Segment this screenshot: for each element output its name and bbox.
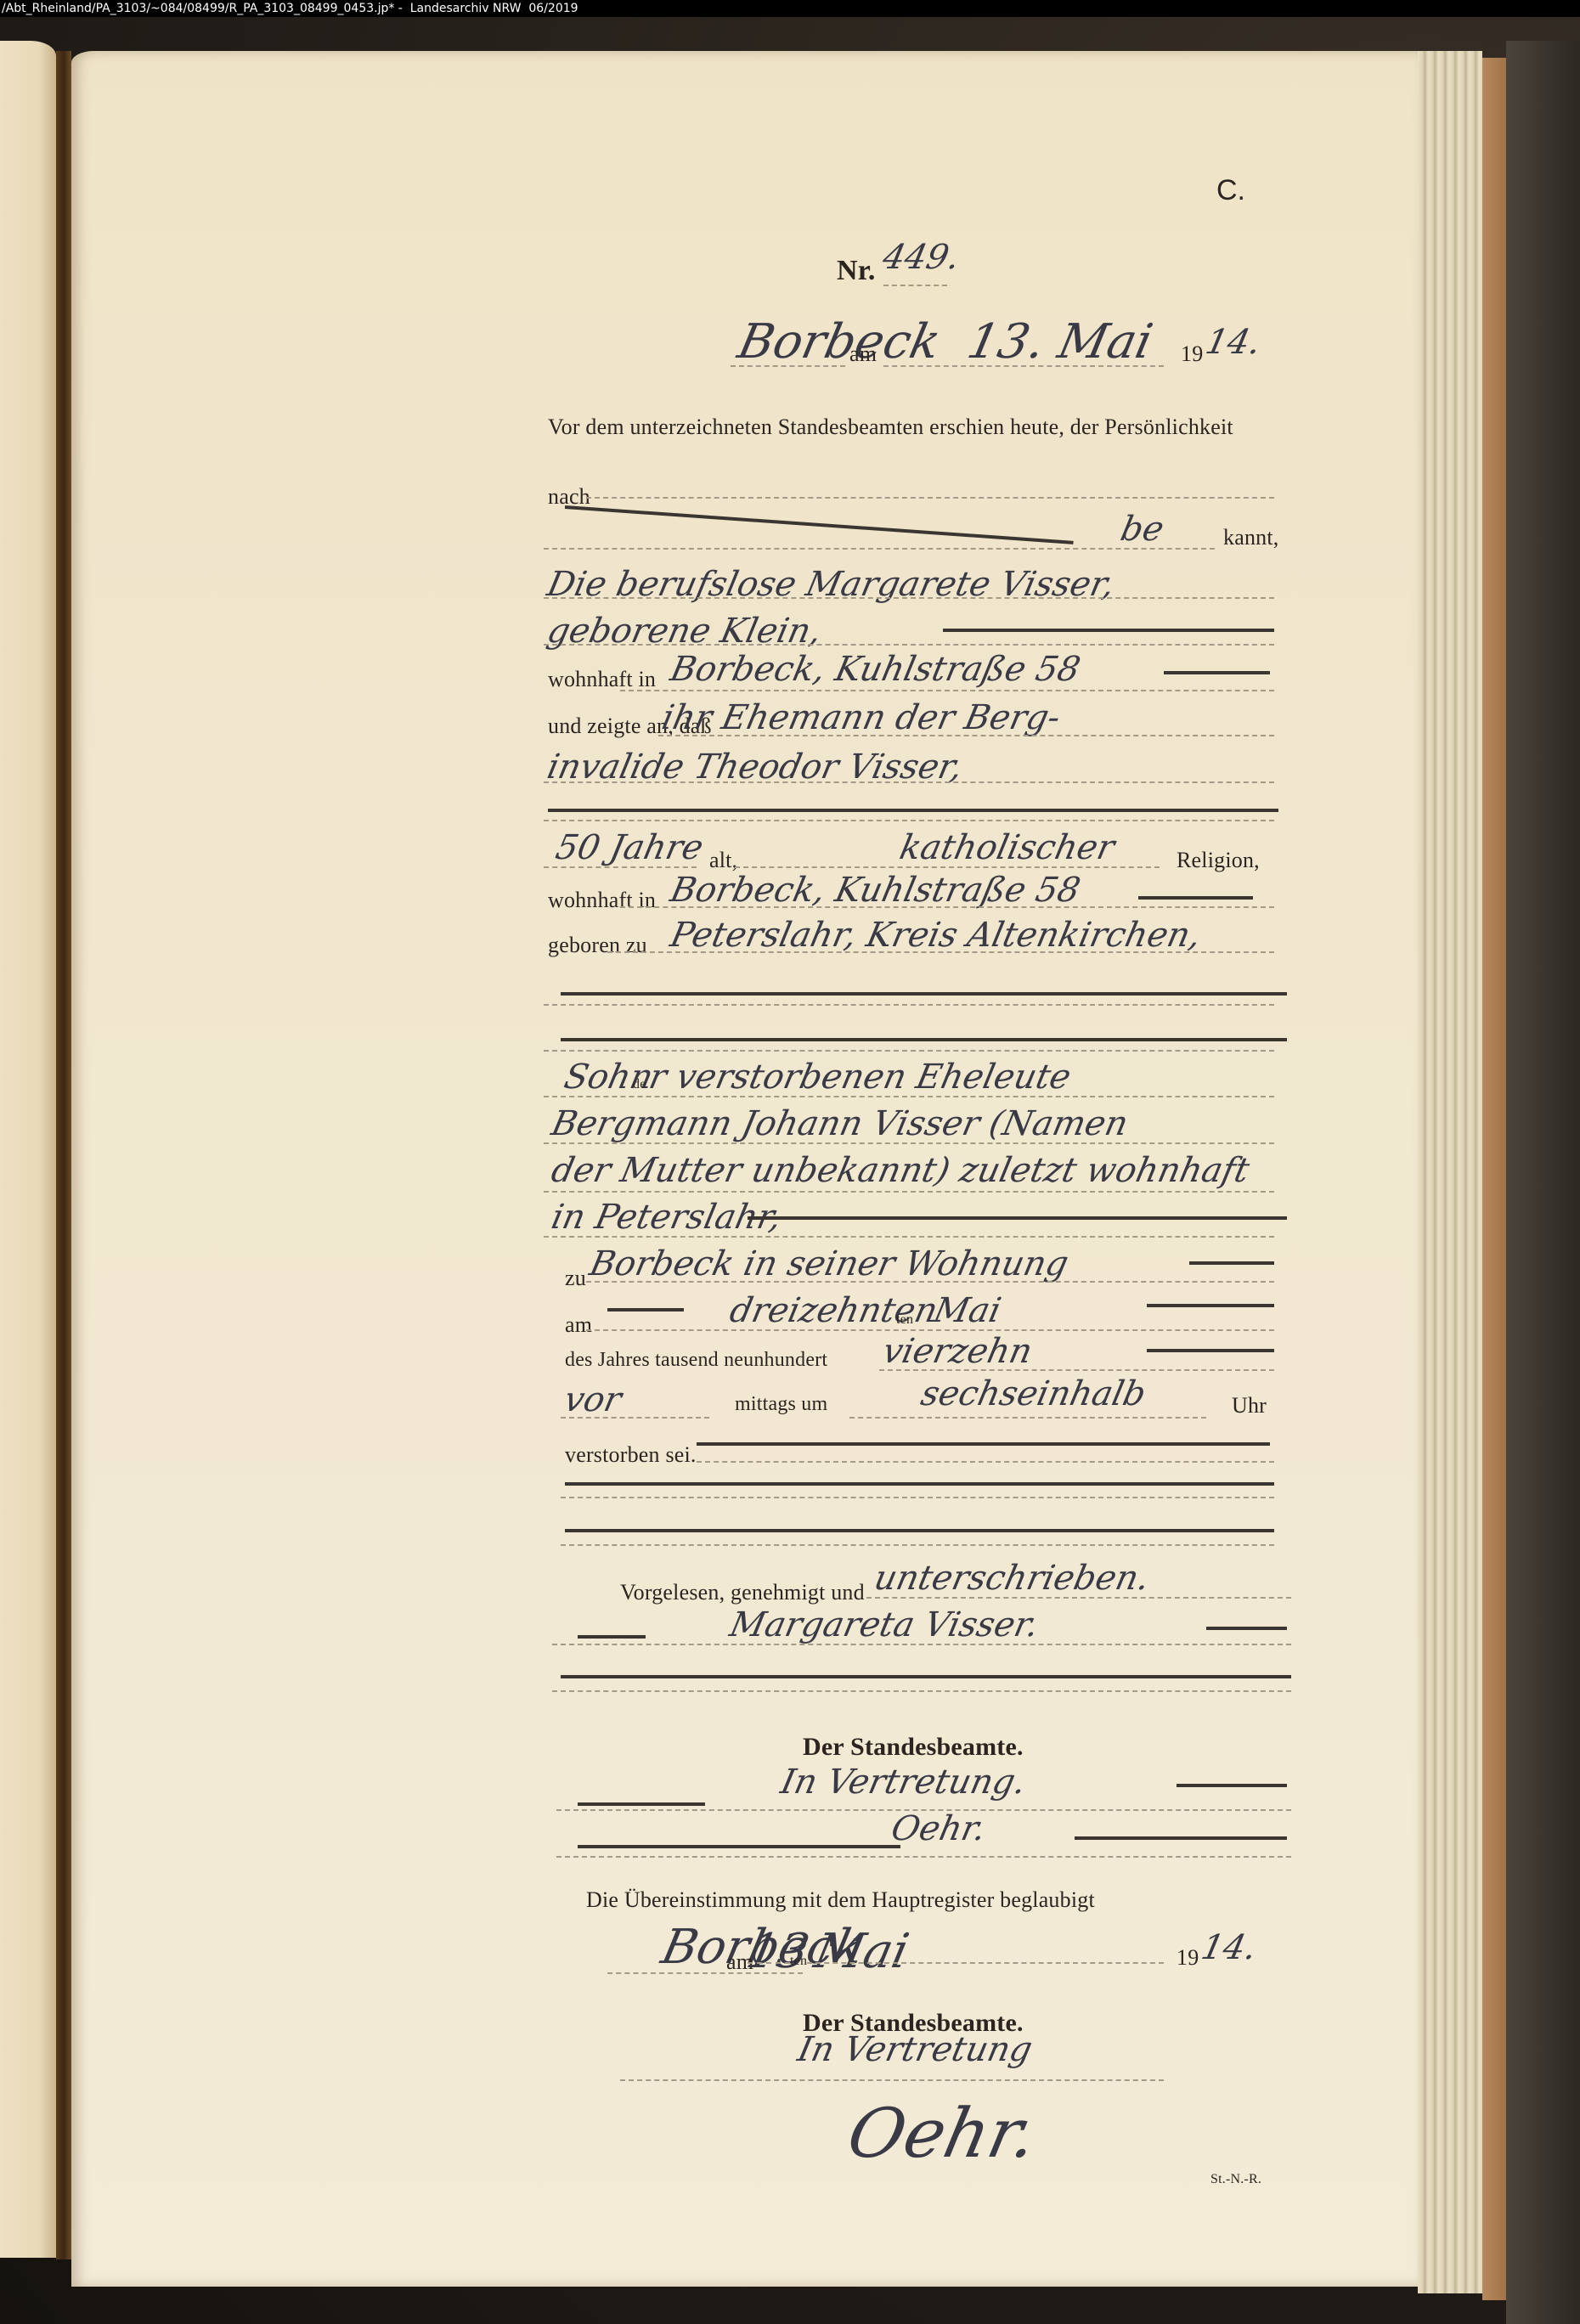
fill-line: [607, 1308, 684, 1311]
cert-ten-label: ten: [790, 1954, 807, 1969]
dotted-line: [735, 866, 1160, 868]
dotted-line: [552, 1644, 1291, 1645]
cert-day: 13: [742, 1924, 814, 1979]
vorgelesen-label: Vorgelesen, genehmigt und: [620, 1580, 865, 1605]
religion-label: Religion,: [1177, 848, 1260, 873]
dotted-line: [807, 1962, 1164, 1964]
cert-year-prefix: 19: [1177, 1945, 1199, 1971]
dotted-line: [544, 548, 1215, 550]
dotted-line: [607, 951, 1274, 953]
wohnhaft-label-2: wohnhaft in: [548, 888, 656, 913]
fill-line: [578, 1802, 705, 1806]
dotted-line: [620, 690, 1274, 691]
dotted-line: [849, 1417, 1206, 1419]
dotted-line: [544, 1004, 1274, 1006]
birthplace: Peterslahr, Kreis Altenkirchen,: [667, 916, 1205, 955]
dotted-line: [544, 1236, 1274, 1238]
dotted-line: [866, 1597, 1291, 1599]
record-number-label: Nr.: [837, 255, 876, 287]
deceased-residence: Borbeck, Kuhlstraße 58: [667, 871, 1084, 910]
dotted-line: [552, 1690, 1291, 1692]
bekannt-label: kannt,: [1223, 525, 1278, 550]
fill-line: [1206, 1627, 1287, 1630]
dotted-line: [561, 1544, 1274, 1546]
dotted-line: [544, 1142, 1274, 1144]
dotted-line: [620, 906, 1274, 908]
death-record-form: C. Nr. 449. Borbeck am 13. Mai 19 14. Vo…: [0, 0, 1580, 2324]
verstorben-label: verstorben sei.: [565, 1442, 697, 1468]
dotted-line: [544, 1096, 1274, 1097]
fill-line: [748, 1216, 1287, 1220]
death-time: sechseinhalb: [917, 1374, 1149, 1413]
fill-line: [1147, 1349, 1274, 1352]
deceased-line-1: ihr Ehemann der Berg-: [658, 698, 1064, 737]
strike-line: [565, 505, 1074, 544]
fill-line: [1147, 1304, 1274, 1307]
dotted-line: [544, 644, 1274, 646]
form-code: St.-N.-R.: [1210, 2172, 1261, 2187]
fill-line: [561, 992, 1287, 996]
informant-residence: Borbeck, Kuhlstraße 58: [667, 650, 1084, 689]
dotted-line: [544, 820, 1274, 821]
fill-line: [565, 1482, 1274, 1486]
dotted-line: [883, 365, 1164, 367]
year-prefix: 19: [1181, 341, 1203, 367]
dotted-line: [731, 365, 845, 367]
record-number: 449.: [879, 238, 963, 277]
official-signature: Oehr.: [888, 1809, 989, 1848]
vertretung-hand: In Vertretung.: [777, 1763, 1030, 1802]
dotted-line: [544, 597, 1274, 599]
wohnhaft-label: wohnhaft in: [548, 667, 656, 692]
age: 50 Jahre: [552, 828, 707, 867]
fill-line: [1075, 1836, 1287, 1840]
informant-signature: Margareta Visser.: [726, 1605, 1042, 1644]
dotted-line: [586, 1281, 1274, 1283]
dotted-line: [544, 866, 697, 868]
dotted-line: [586, 497, 1274, 499]
dotted-line: [879, 1369, 1274, 1371]
dotted-line: [556, 1856, 1291, 1858]
dotted-line: [620, 2079, 1164, 2081]
alt-label: alt,: [709, 848, 737, 873]
intro-text: Vor dem unterzeichneten Standesbeamten e…: [548, 415, 1233, 440]
parents-de-label: de: [633, 1077, 646, 1092]
dotted-line: [544, 1191, 1274, 1193]
fill-line: [943, 629, 1274, 632]
fill-line: [1189, 1261, 1274, 1265]
vertretung-hand-2: In Vertretung: [794, 2030, 1035, 2069]
parents-line-2: Bergmann Johann Visser (Namen: [548, 1104, 1131, 1143]
bekannt-hand: be: [1117, 510, 1167, 549]
cert-year-suffix: 14.: [1198, 1928, 1260, 1967]
dotted-line: [586, 1329, 1274, 1331]
dotted-line: [658, 735, 1274, 736]
corner-mark: C.: [1216, 174, 1245, 207]
am-label-2: am: [565, 1312, 592, 1338]
fill-line: [697, 1442, 1270, 1446]
dotted-line: [883, 285, 947, 286]
uhr-label: Uhr: [1232, 1393, 1267, 1419]
standesbeamte-label: Der Standesbeamte.: [803, 1733, 1024, 1762]
fill-line: [561, 1675, 1291, 1678]
vor-hand: vor: [561, 1380, 625, 1419]
record-date: 13. Mai: [962, 314, 1157, 369]
cert-month: Mai: [810, 1924, 913, 1979]
year-suffix: 14.: [1202, 323, 1264, 362]
dotted-line: [561, 1497, 1274, 1498]
fill-line: [548, 809, 1278, 812]
official-signature-2: Oehr.: [841, 2094, 1044, 2173]
dotted-line: [697, 1461, 1274, 1463]
record-place: Borbeck: [733, 314, 945, 369]
jahres-label: des Jahres tausend neunhundert: [565, 1349, 827, 1372]
fill-line: [565, 1529, 1274, 1532]
uebereinstimmung-label: Die Übereinstimmung mit dem Hauptregiste…: [586, 1887, 1095, 1913]
dotted-line: [544, 781, 1274, 783]
fill-line: [1138, 896, 1253, 900]
death-year-words: vierzehn: [879, 1332, 1035, 1371]
dotted-line: [544, 1050, 1274, 1052]
parents-line-3: der Mutter unbekannt) zuletzt wohnhaft: [548, 1151, 1253, 1190]
death-place: Borbeck in seiner Wohnung: [586, 1244, 1072, 1283]
zu-label: zu: [565, 1266, 586, 1291]
am-label: am: [849, 341, 877, 367]
fill-line: [1164, 671, 1270, 674]
ten-label: ten: [896, 1312, 913, 1328]
fill-line: [578, 1635, 646, 1639]
unterschrieben-hand: unterschrieben.: [871, 1559, 1153, 1598]
fill-line: [1177, 1784, 1287, 1787]
parents-line-1: r verstorbenen Eheleute: [646, 1058, 1075, 1097]
mittags-label: mittags um: [735, 1393, 827, 1416]
dotted-line: [748, 1962, 790, 1964]
geboren-label: geboren zu: [548, 933, 647, 958]
death-month: Mai: [930, 1291, 1004, 1330]
religion: katholischer: [896, 828, 1118, 867]
fill-line: [578, 1845, 900, 1848]
dotted-line: [561, 1417, 709, 1419]
fill-line: [561, 1038, 1287, 1041]
